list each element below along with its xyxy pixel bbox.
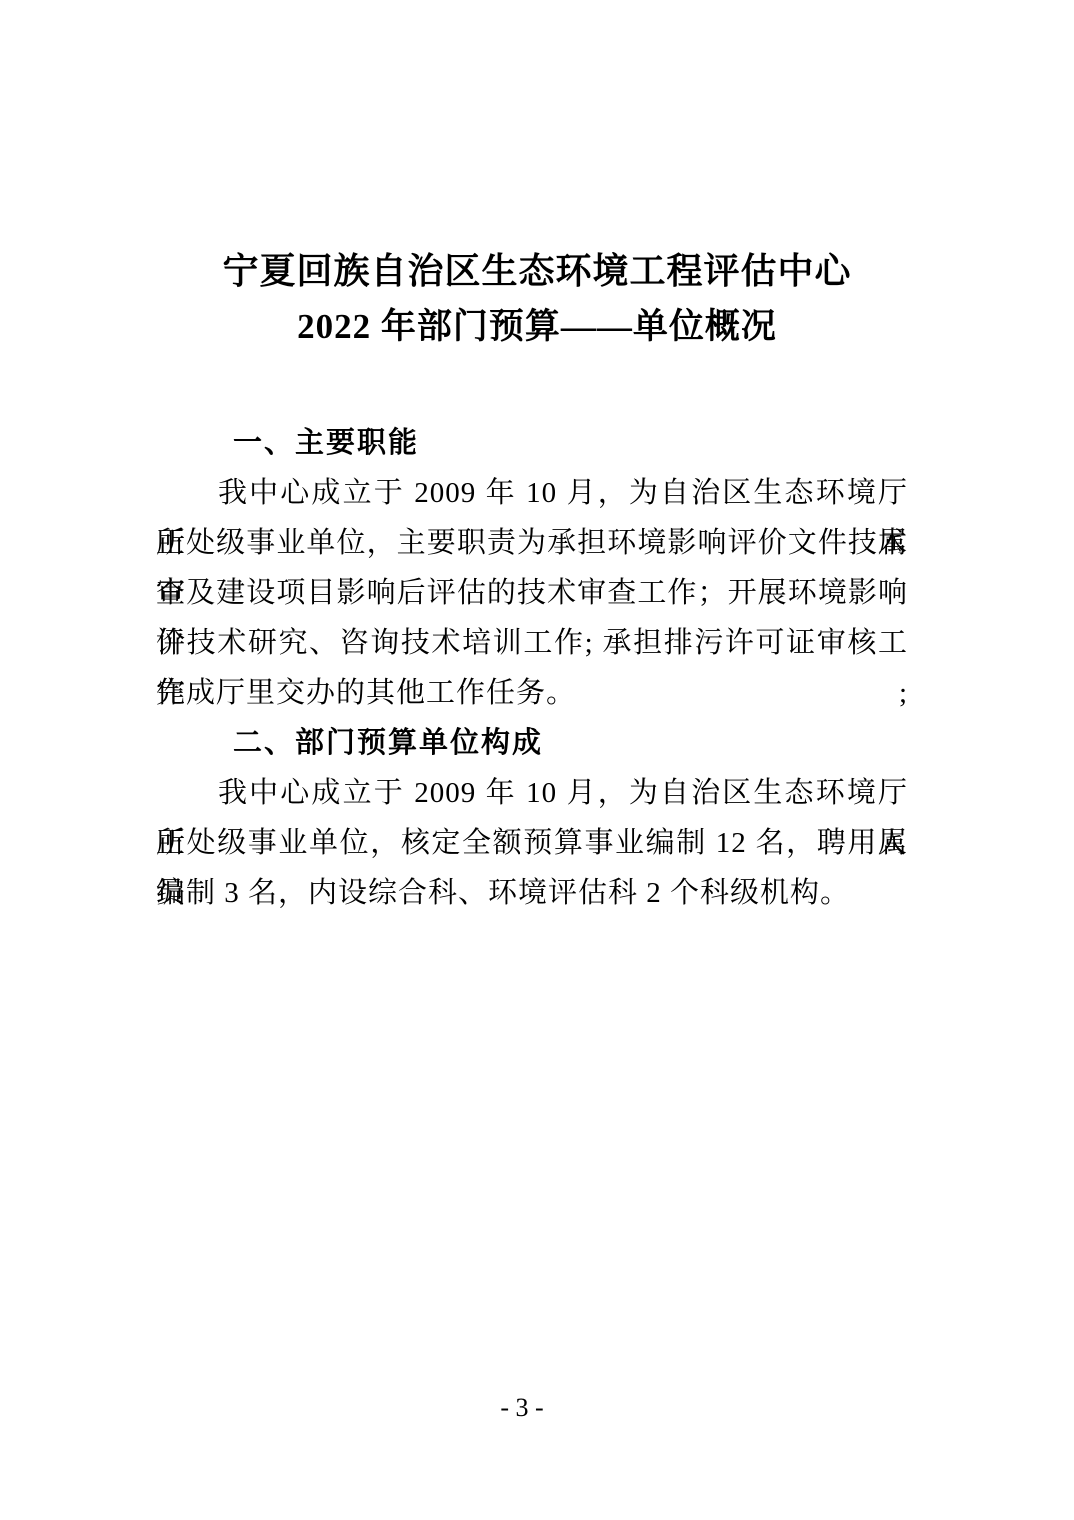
document-page: 宁夏回族自治区生态环境工程评估中心 2022 年部门预算——单位概况 一、主要职… (0, 0, 1074, 1520)
paragraph-line: 正处级事业单位，核定全额预算事业编制 12 名，聘用人员 (156, 818, 908, 868)
paragraph-line: 正处级事业单位，主要职责为承担环境影响评价文件技术审 (156, 518, 908, 568)
paragraph-line: 查及建设项目影响后评估的技术审查工作；开展环境影响评 (156, 568, 908, 618)
title-line-2: 2022 年部门预算——单位概况 (120, 299, 954, 355)
title-line-1: 宁夏回族自治区生态环境工程评估中心 (120, 243, 954, 299)
paragraph-line: 价技术研究、咨询技术培训工作; 承担排污许可证审核工作; (156, 618, 908, 668)
document-body: 一、主要职能 我中心成立于 2009 年 10 月，为自治区生态环境厅所属 正处… (156, 418, 908, 918)
paragraph-line: 我中心成立于 2009 年 10 月，为自治区生态环境厅所属 (156, 768, 908, 818)
section-2-heading: 二、部门预算单位构成 (156, 718, 908, 768)
document-title: 宁夏回族自治区生态环境工程评估中心 2022 年部门预算——单位概况 (120, 243, 954, 355)
page-number: - 3 - (0, 1383, 1044, 1433)
paragraph-line: 编制 3 名，内设综合科、环境评估科 2 个科级机构。 (156, 868, 908, 918)
paragraph-line: 我中心成立于 2009 年 10 月，为自治区生态环境厅所属 (156, 468, 908, 518)
section-1-heading: 一、主要职能 (156, 418, 908, 468)
